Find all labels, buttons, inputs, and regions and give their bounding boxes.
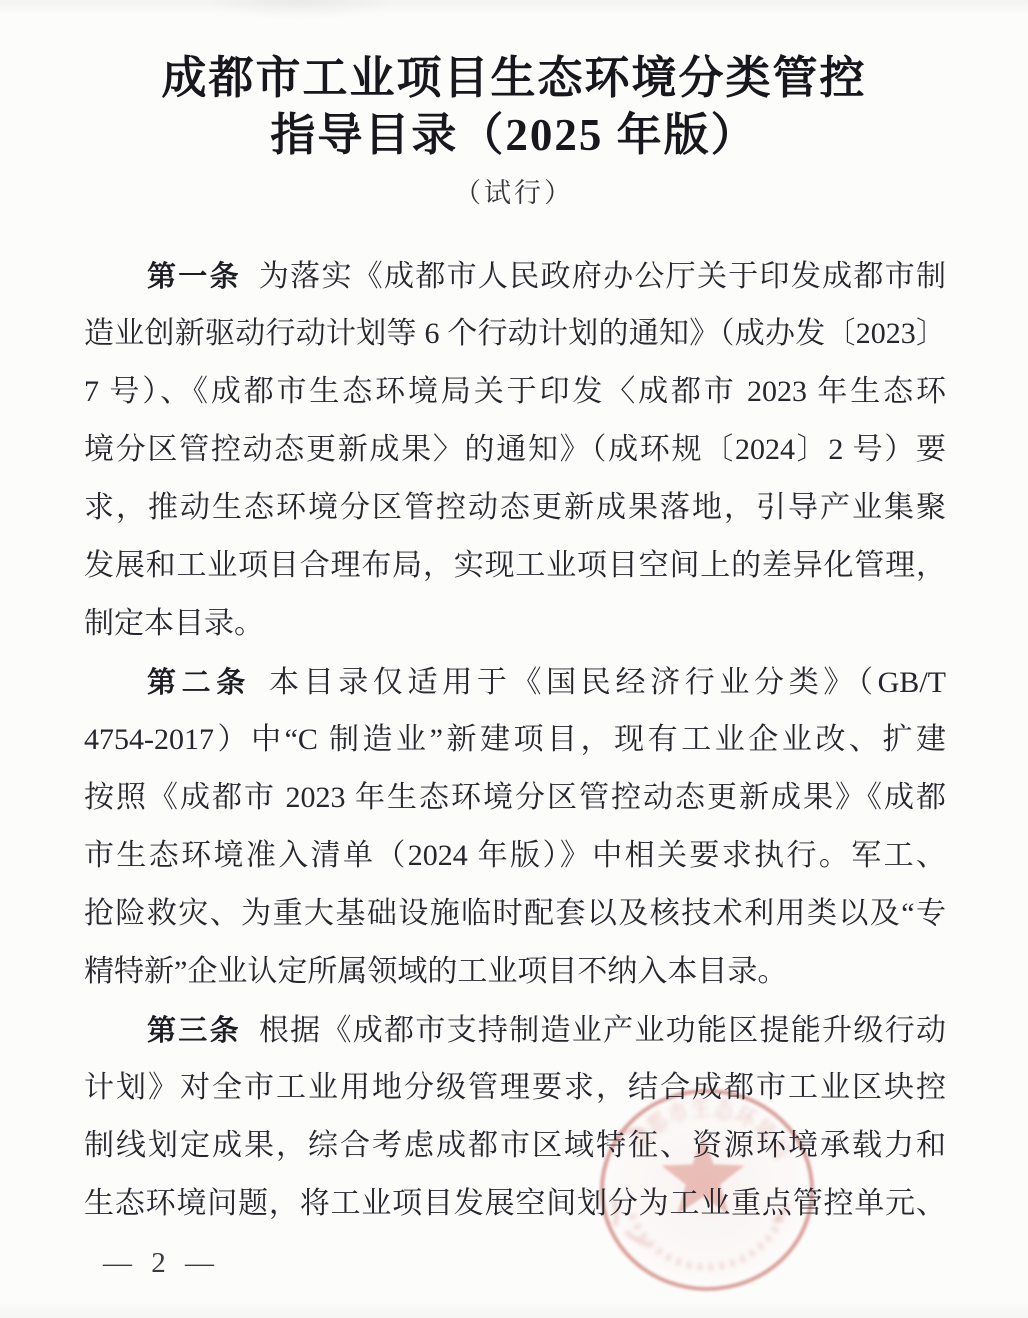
text-line-p2-5: 抢险救灾、为重大基础设施临时配套以及核技术利用类以及“专 — [84, 885, 946, 943]
text-line-p3-2: 计划》对全市工业用地分级管理要求，结合成都市工业区块控 — [84, 1059, 946, 1117]
document-page: 成都市工业项目生态环境分类管控 指导目录（2025 年版） （试行） — [0, 0, 1028, 1318]
text-line-p1-5: 求，推动生态环境分区管控动态更新成果落地，引导产业集聚 — [84, 479, 946, 537]
text-line-p1-1: 第一条为落实《成都市人民政府办公厅关于印发成都市制 — [84, 247, 946, 305]
text-line-p3-3: 制线划定成果，综合考虑成都市区域特征、资源环境承载力和 — [84, 1117, 946, 1175]
clause-label: 第三条 — [147, 1013, 241, 1047]
page-number: — 2 — — [103, 1247, 215, 1280]
text-line-p1-7: 制定本目录。 — [84, 595, 946, 653]
text-line-p1-2: 造业创新驱动行动计划等 6 个行动计划的通知》（成办发〔2023〕 — [84, 305, 946, 363]
text-line-p1-3: 7 号）、《成都市生态环境局关于印发〈成都市 2023 年生态环 — [84, 363, 946, 421]
document-title-line1: 成都市工业项目生态环境分类管控 — [0, 52, 1028, 104]
text-line-p1-6: 发展和工业项目合理布局，实现工业项目空间上的差异化管理， — [84, 537, 946, 595]
text-line-p2-3: 按照《成都市 2023 年生态环境分区管控动态更新成果》《成都 — [84, 769, 946, 827]
document-body: 第一条为落实《成都市人民政府办公厅关于印发成都市制造业创新驱动行动计划等 6 个… — [84, 247, 946, 1233]
document-subtitle: （试行） — [0, 176, 1028, 210]
text-line-p3-1: 第三条根据《成都市支持制造业产业功能区提能升级行动 — [84, 1001, 946, 1059]
text-line-p2-1: 第二条本目录仅适用于《国民经济行业分类》（GB/T — [84, 653, 946, 711]
text-line-p2-2: 4754-2017）中“C 制造业”新建项目，现有工业企业改、扩建 — [84, 711, 946, 769]
text-line-p2-6: 精特新”企业认定所属领域的工业项目不纳入本目录。 — [84, 943, 946, 1001]
text-line-p2-4: 市生态环境准入清单（2024 年版）》中相关要求执行。军工、 — [84, 827, 946, 885]
text-line-p3-4: 生态环境问题，将工业项目发展空间划分为工业重点管控单元、 — [84, 1175, 946, 1233]
clause-label: 第一条 — [147, 259, 241, 293]
clause-label: 第二条 — [147, 665, 251, 699]
document-title-line2: 指导目录（2025 年版） — [0, 109, 1028, 161]
text-line-p1-4: 境分区管控动态更新成果〉的通知》（成环规〔2024〕2 号）要 — [84, 421, 946, 479]
